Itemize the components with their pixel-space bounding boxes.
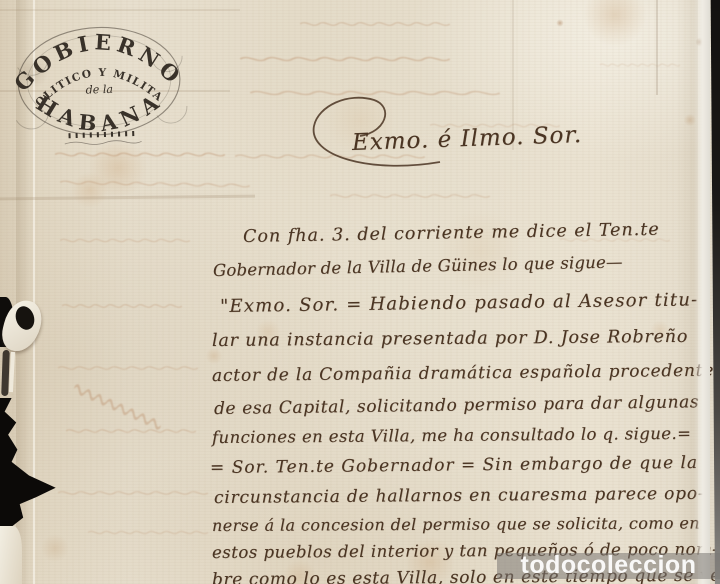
crease-line — [0, 9, 240, 11]
manuscript-photo: GOBIERNO POLITICO Y MILITAR de la HABANA… — [0, 0, 720, 584]
stamp-small-text-squiggle — [65, 140, 142, 146]
bleedthrough-writing — [58, 362, 198, 374]
bleedthrough-writing — [88, 527, 208, 538]
government-stamp: GOBIERNO POLITICO Y MILITAR de la HABANA — [8, 11, 194, 149]
bleedthrough-writing — [240, 52, 450, 66]
todocoleccion-watermark: todocoleccion — [497, 553, 720, 579]
bleedthrough-writing — [62, 300, 182, 312]
crease-line — [656, 0, 658, 95]
manuscript-line: lar una instancia presentada por D. Jose… — [212, 327, 688, 351]
bleedthrough-writing — [300, 18, 450, 30]
page-edge-highlight — [694, 0, 710, 584]
bleedthrough-writing — [60, 235, 190, 246]
stamp-text-de-la: de la — [85, 83, 113, 97]
torn-paper-corner — [0, 526, 22, 584]
bleedthrough-writing — [58, 487, 208, 499]
bleedthrough-writing — [330, 190, 490, 202]
bleedthrough-writing — [600, 60, 680, 70]
bleedthrough-writing — [55, 148, 225, 161]
manuscript-line: circunstancia de hallarnos en cuaresma p… — [214, 484, 705, 508]
bleedthrough-writing — [66, 425, 196, 437]
manuscript-line: nerse á la concesion del permiso que se … — [212, 513, 700, 535]
